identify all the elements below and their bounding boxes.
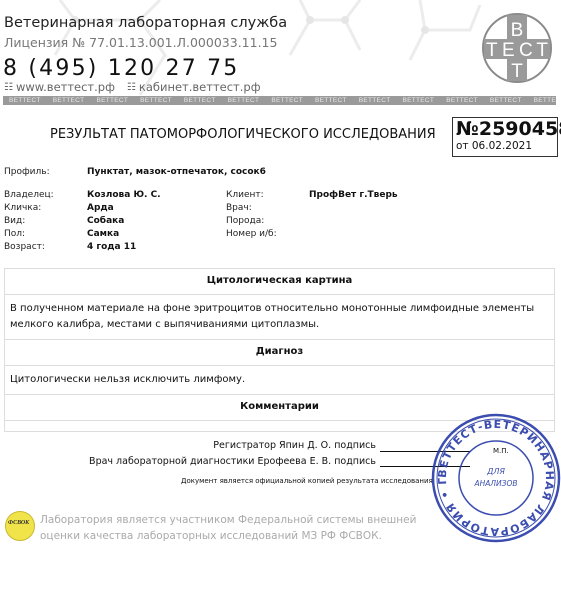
globe-icon: ☷: [127, 82, 136, 93]
vettest-logo: В ТЕСТ Т: [481, 12, 553, 84]
website-link[interactable]: ☷ www.веттест.рф: [4, 80, 115, 94]
breed-label: Порода:: [226, 216, 264, 226]
nickname-value: Арда: [87, 203, 114, 213]
age-value: 4 года 11: [87, 242, 136, 252]
band-word: BETTECT: [440, 96, 484, 105]
phone-number: 8 (495) 120 27 75: [3, 56, 240, 81]
client-value: ПрофВет г.Тверь: [309, 190, 398, 200]
lab-name: Ветеринарная лабораторная служба: [4, 15, 287, 31]
svg-text:В: В: [511, 20, 524, 41]
website-label: www.веттест.рф: [16, 80, 115, 94]
profile-label: Профиль:: [4, 167, 50, 177]
band-word: BETTECT: [528, 96, 556, 105]
band-word: BETTECT: [47, 96, 91, 105]
nickname-label: Кличка:: [4, 203, 41, 213]
band-word: BETTECT: [309, 96, 353, 105]
brand-band: BETTECTBETTECTBETTECTBETTECTBETTECTBETTE…: [3, 96, 556, 105]
license-number: Лицензия № 77.01.13.001.Л.000033.11.15: [4, 35, 277, 50]
cabinet-label: кабинет.веттест.рф: [139, 80, 261, 94]
lab-seal-stamp: ВЕТТЕСТ-ВЕТЕРИНАРНАЯ ЛАБОРАТОРИЯ • Г. МО…: [430, 412, 561, 544]
document-date: от 06.02.2021: [456, 140, 532, 152]
registrar-signature-label: Регистратор Япин Д. О. подпись: [213, 440, 376, 451]
cytology-heading: Цитологическая картина: [5, 269, 554, 295]
band-word: BETTECT: [3, 96, 47, 105]
seal-place-label: М.П.: [493, 447, 509, 455]
svg-text:Т: Т: [511, 61, 523, 82]
sex-value: Самка: [87, 229, 119, 239]
band-word: BETTECT: [484, 96, 528, 105]
page-title: РЕЗУЛЬТАТ ПАТОМОРФОЛОГИЧЕСКОГО ИССЛЕДОВА…: [50, 127, 436, 142]
age-label: Возраст:: [4, 242, 45, 252]
document-number-box: №2590458 от 06.02.2021: [452, 117, 558, 157]
record-number-label: Номер и/б:: [226, 229, 277, 239]
fsvok-notice-line-2: оценки качества лабораторных исследовани…: [40, 528, 416, 544]
species-value: Собака: [87, 216, 124, 226]
fsvok-badge-icon: ФСВОК: [5, 511, 35, 541]
diagnosis-text: Цитологически нельзя исключить лимфому.: [5, 366, 554, 395]
band-word: BETTECT: [353, 96, 397, 105]
svg-text:ДЛЯ: ДЛЯ: [486, 467, 505, 476]
website-links: ☷ www.веттест.рф ☷ кабинет.веттест.рф: [4, 80, 261, 94]
fsvok-notice: Лаборатория является участником Федераль…: [40, 512, 416, 544]
profile-value: Пунктат, мазок-отпечаток, сосок6: [87, 167, 266, 177]
band-word: BETTECT: [90, 96, 134, 105]
doctor-label: Врач:: [226, 203, 252, 213]
document-number: №2590458: [456, 118, 561, 140]
species-label: Вид:: [4, 216, 25, 226]
client-label: Клиент:: [226, 190, 264, 200]
globe-icon: ☷: [4, 82, 13, 93]
svg-text:АНАЛИЗОВ: АНАЛИЗОВ: [473, 479, 517, 488]
band-word: BETTECT: [222, 96, 266, 105]
official-copy-note: Документ является официальной копией рез…: [181, 477, 433, 485]
owner-value: Козлова Ю. С.: [87, 190, 161, 200]
results-table: Цитологическая картина В полученном мате…: [4, 268, 555, 432]
diagnosis-heading: Диагноз: [5, 340, 554, 366]
fsvok-notice-line-1: Лаборатория является участником Федераль…: [40, 512, 416, 528]
cabinet-link[interactable]: ☷ кабинет.веттест.рф: [127, 80, 261, 94]
owner-label: Владелец:: [4, 190, 54, 200]
sex-label: Пол:: [4, 229, 25, 239]
band-word: BETTECT: [265, 96, 309, 105]
band-word: BETTECT: [178, 96, 222, 105]
band-word: BETTECT: [396, 96, 440, 105]
band-word: BETTECT: [134, 96, 178, 105]
doctor-signature-label: Врач лабораторной диагностики Ерофеева Е…: [89, 456, 376, 467]
cytology-text: В полученном материале на фоне эритроцит…: [5, 295, 554, 340]
